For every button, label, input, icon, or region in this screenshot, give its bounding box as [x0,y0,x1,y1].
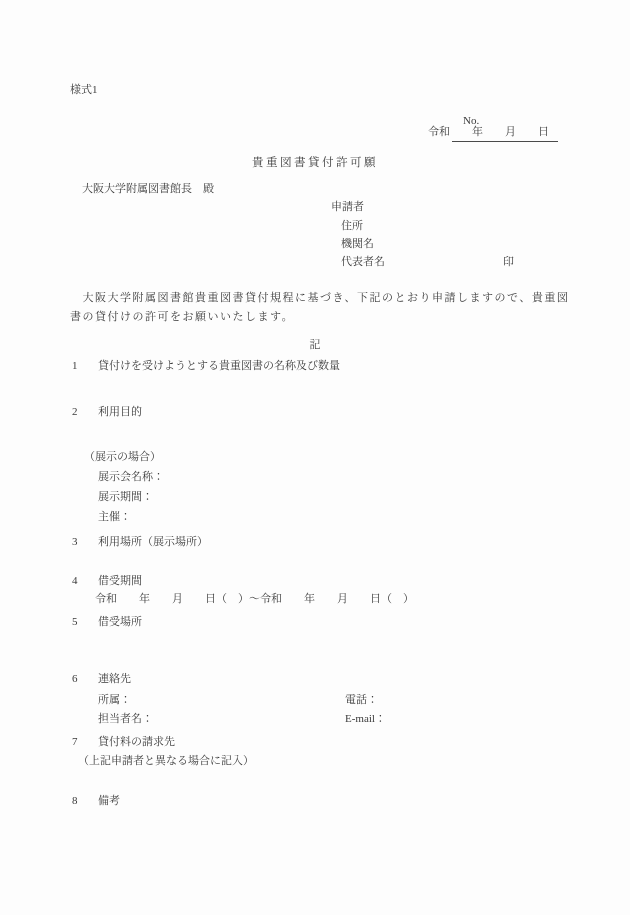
item-3-number: 3 [72,536,78,550]
item-4-label: 借受期間 [98,575,142,589]
contact-person-field-label: 担当者名： [98,713,153,727]
seal-label: 印 [503,256,514,270]
email-field-label: E-mail： [345,713,386,727]
item-4-number: 4 [72,575,78,589]
billing-note: （上記申請者と異なる場合に記入） [78,755,254,769]
applicant-heading: 申請者 [331,201,364,215]
affiliation-field-label: 所属： [98,694,131,708]
item-5-number: 5 [72,616,78,630]
form-number-label: 様式1 [70,84,98,98]
exhibition-name-field-label: 展示会名称： [98,471,164,485]
applicant-address-label: 住所 [341,220,363,234]
intro-paragraph: 大阪大学附属図書館貴重図書貸付規程に基づき、下記のとおり申請しますので、貴重図 … [70,289,575,327]
addressee: 大阪大学附属図書館長 殿 [82,183,214,197]
item-7-number: 7 [72,736,78,750]
page-title: 貴重図書貸付許可願 [0,154,630,170]
record-heading: 記 [0,336,630,352]
item-3-label: 利用場所（展示場所） [98,536,208,550]
item-1-label: 貸付けを受けようとする貴重図書の名称及び数量 [98,360,340,374]
phone-field-label: 電話： [345,694,378,708]
item-8-number: 8 [72,795,78,809]
item-6-number: 6 [72,673,78,687]
item-2-label: 利用目的 [98,406,142,420]
item-5-label: 借受場所 [98,616,142,630]
document-page: 様式1 No. 令和 年 月 日 貴重図書貸付許可願 大阪大学附属図書館長 殿 … [0,0,630,915]
item-7-label: 貸付料の請求先 [98,736,175,750]
loan-period-line: 令和 年 月 日（ ）～令和 年 月 日（ ） [95,593,414,607]
item-1-number: 1 [72,360,78,374]
organizer-field-label: 主催： [98,511,131,525]
applicant-representative-label: 代表者名 [341,256,385,270]
date-line: 令和 年 月 日 [428,126,549,140]
item-2-number: 2 [72,406,78,420]
exhibition-period-field-label: 展示期間： [98,491,153,505]
exhibition-case-label: （展示の場合） [84,451,161,465]
item-8-label: 備考 [98,795,120,809]
item-6-label: 連絡先 [98,673,131,687]
applicant-institution-label: 機関名 [341,238,374,252]
